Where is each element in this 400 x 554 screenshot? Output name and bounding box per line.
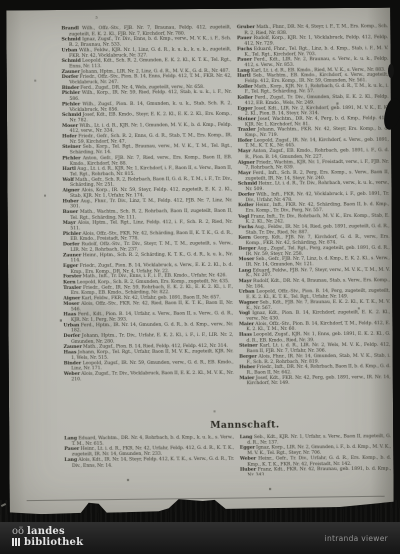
viewer-brand[interactable]: intranda viewer xyxy=(325,534,388,543)
page-number-mark: 5 xyxy=(95,15,98,20)
logo-word-landes: landes xyxy=(27,526,65,537)
logo-line-1: oölandes xyxy=(12,526,83,537)
section-heading: Mannschaft. xyxy=(64,419,391,432)
library-logo[interactable]: oölandes bibliothek xyxy=(12,526,83,548)
page-damage-mark xyxy=(388,64,394,78)
scan-lower-column-right: Lang Seb., Kdt., KJR. Nr. 1, Urfahr, s. … xyxy=(240,433,392,475)
scan-text-column-left: Brandl Wilh., Offz.-Stv., FJB. Nr. 7, Br… xyxy=(61,25,234,417)
viewer-window: 5 Brandl Wilh., Offz.-Stv., FJB. Nr. 7, … xyxy=(0,0,400,554)
logo-prefix: oö xyxy=(12,526,24,537)
paper-specks xyxy=(6,10,7,11)
scan-background: 5 Brandl Wilh., Offz.-Stv., FJB. Nr. 7, … xyxy=(0,0,400,522)
logo-line-2: bibliothek xyxy=(12,537,83,548)
viewer-footer: oölandes bibliothek intranda viewer xyxy=(0,522,400,554)
scan-text-column-right: Gruber Math., Fhnr., DR. Nr. 4, Steyr, i… xyxy=(237,24,391,416)
main-text-columns: Brandl Wilh., Offz.-Stv., FJB. Nr. 7, Br… xyxy=(61,24,390,417)
logo-word-bibliothek: bibliothek xyxy=(24,537,83,548)
scan-lower-column-left: Lang Eduard, Wachtm., DR. Nr. 4, Rohrbac… xyxy=(64,435,234,477)
scan-text-area: Brandl Wilh., Offz.-Stv., FJB. Nr. 7, Br… xyxy=(61,24,391,477)
logo-bars-icon xyxy=(12,537,21,548)
scanned-page[interactable]: 5 Brandl Wilh., Offz.-Stv., FJB. Nr. 7, … xyxy=(6,8,394,516)
lower-text-columns: Lang Eduard, Wachtm., DR. Nr. 4, Rohrbac… xyxy=(64,433,391,476)
scratch-line xyxy=(27,496,385,501)
